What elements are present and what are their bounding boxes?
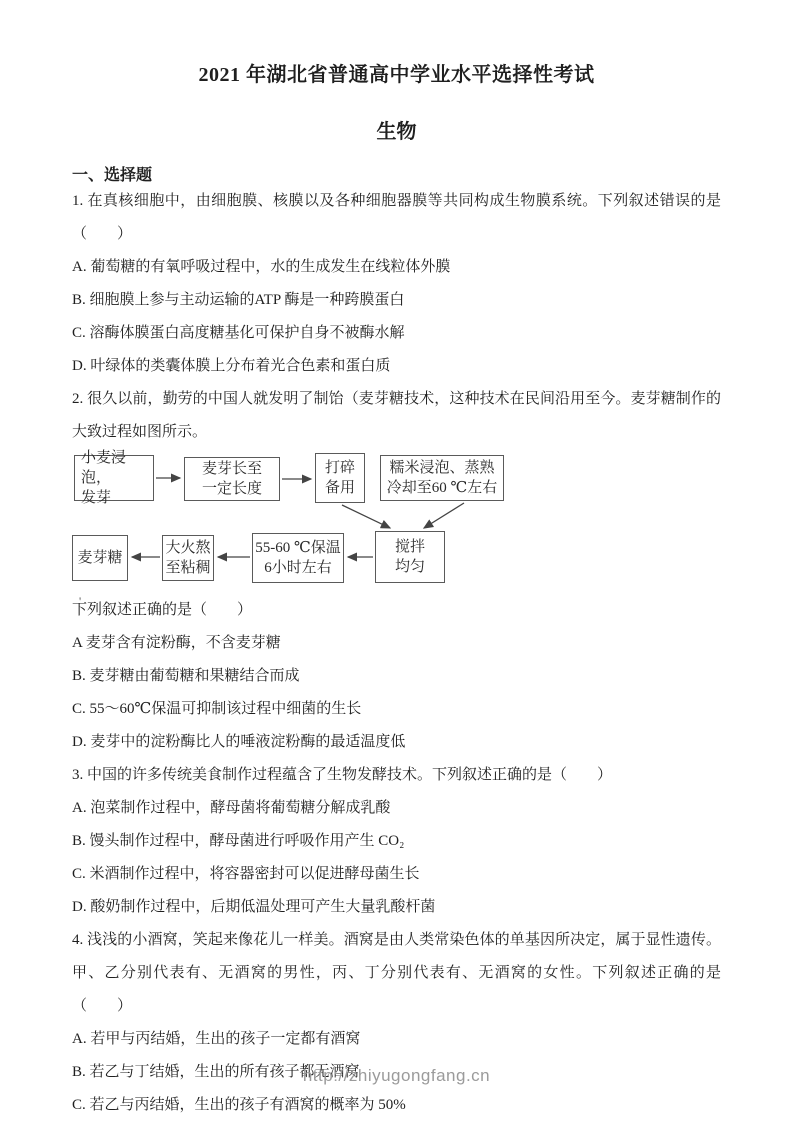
exam-page: 2021 年湖北省普通高中学业水平选择性考试 生物 一、选择题 1. 在真核细胞… [0, 0, 793, 1122]
question-1-option-a: A. 葡萄糖的有氧呼吸过程中，水的生成发生在线粒体外膜 [72, 251, 721, 284]
scan-artifact: ' [79, 594, 81, 609]
question-3-stem: 3. 中国的许多传统美食制作过程蕴含了生物发酵技术。下列叙述正确的是（ ） [72, 759, 721, 792]
question-1-stem: 1. 在真核细胞中，由细胞膜、核膜以及各种细胞器膜等共同构成生物膜系统。下列叙述… [72, 185, 721, 251]
flow-arrow [424, 503, 464, 528]
question-2-stem: 2. 很久以前，勤劳的中国人就发明了制饴（麦芽糖技术，这种技术在民间沿用至今。麦… [72, 383, 721, 449]
question-2-option-c: C. 55～60℃保温可抑制该过程中细菌的生长 [72, 693, 721, 726]
footer-url: http://zhiyugongfang.cn [0, 1066, 793, 1086]
question-4-stem: 4. 浅浅的小酒窝，笑起来像花儿一样美。酒窝是由人类常染色体的单基因所决定，属于… [72, 924, 721, 1023]
question-2-option-b: B. 麦芽糖由葡萄糖和果糖结合而成 [72, 660, 721, 693]
question-1-option-c: C. 溶酶体膜蛋白高度糖基化可保护自身不被酶水解 [72, 317, 721, 350]
flow-box-wheat-soak: 小麦浸泡， 发芽 [74, 455, 154, 501]
question-4-option-c: C. 若乙与丙结婚，生出的孩子有酒窝的概率为 50% [72, 1089, 721, 1122]
question-2-prompt: 下列叙述正确的是（ ） [72, 594, 721, 627]
section-heading: 一、选择题 [72, 162, 721, 185]
question-2-option-a: A 麦芽含有淀粉酶，不含麦芽糖 [72, 627, 721, 660]
question-3-option-a: A. 泡菜制作过程中，酵母菌将葡萄糖分解成乳酸 [72, 792, 721, 825]
question-2-flowchart: 小麦浸泡， 发芽 麦芽长至 一定长度 打碎 备用 糯米浸泡、蒸熟 冷却至60 ℃… [72, 449, 721, 594]
flow-box-rice-steam: 糯米浸泡、蒸熟 冷却至60 ℃左右 [380, 455, 504, 501]
question-1-option-b: B. 细胞膜上参与主动运输的ATP 酶是一种跨膜蛋白 [72, 284, 721, 317]
question-3-option-d: D. 酸奶制作过程中，后期低温处理可产生大量乳酸杆菌 [72, 891, 721, 924]
page-title: 2021 年湖北省普通高中学业水平选择性考试 [72, 58, 721, 87]
flow-box-crush: 打碎 备用 [315, 453, 365, 503]
flow-box-malt-grow: 麦芽长至 一定长度 [184, 457, 280, 501]
flow-box-boil-thicken: 大火熬 至粘稠 [162, 535, 214, 581]
exam-content: 2021 年湖北省普通高中学业水平选择性考试 生物 一、选择题 1. 在真核细胞… [0, 0, 793, 1122]
subject-title: 生物 [72, 115, 721, 144]
question-3-option-c: C. 米酒制作过程中，将容器密封可以促进酵母菌生长 [72, 858, 721, 891]
question-2-option-d: D. 麦芽中的淀粉酶比人的唾液淀粉酶的最适温度低 [72, 726, 721, 759]
question-3-option-b: B. 馒头制作过程中，酵母菌进行呼吸作用产生 CO₂ [72, 825, 721, 858]
flow-box-keep-warm: 55-60 ℃保温 6小时左右 [252, 533, 344, 583]
question-1-option-d: D. 叶绿体的类囊体膜上分布着光合色素和蛋白质 [72, 350, 721, 383]
question-4-option-a: A. 若甲与丙结婚，生出的孩子一定都有酒窝 [72, 1023, 721, 1056]
flow-arrow [342, 505, 390, 528]
flow-box-stir-even: 搅拌 均匀 [375, 531, 445, 583]
flow-box-maltose: 麦芽糖 [72, 535, 128, 581]
